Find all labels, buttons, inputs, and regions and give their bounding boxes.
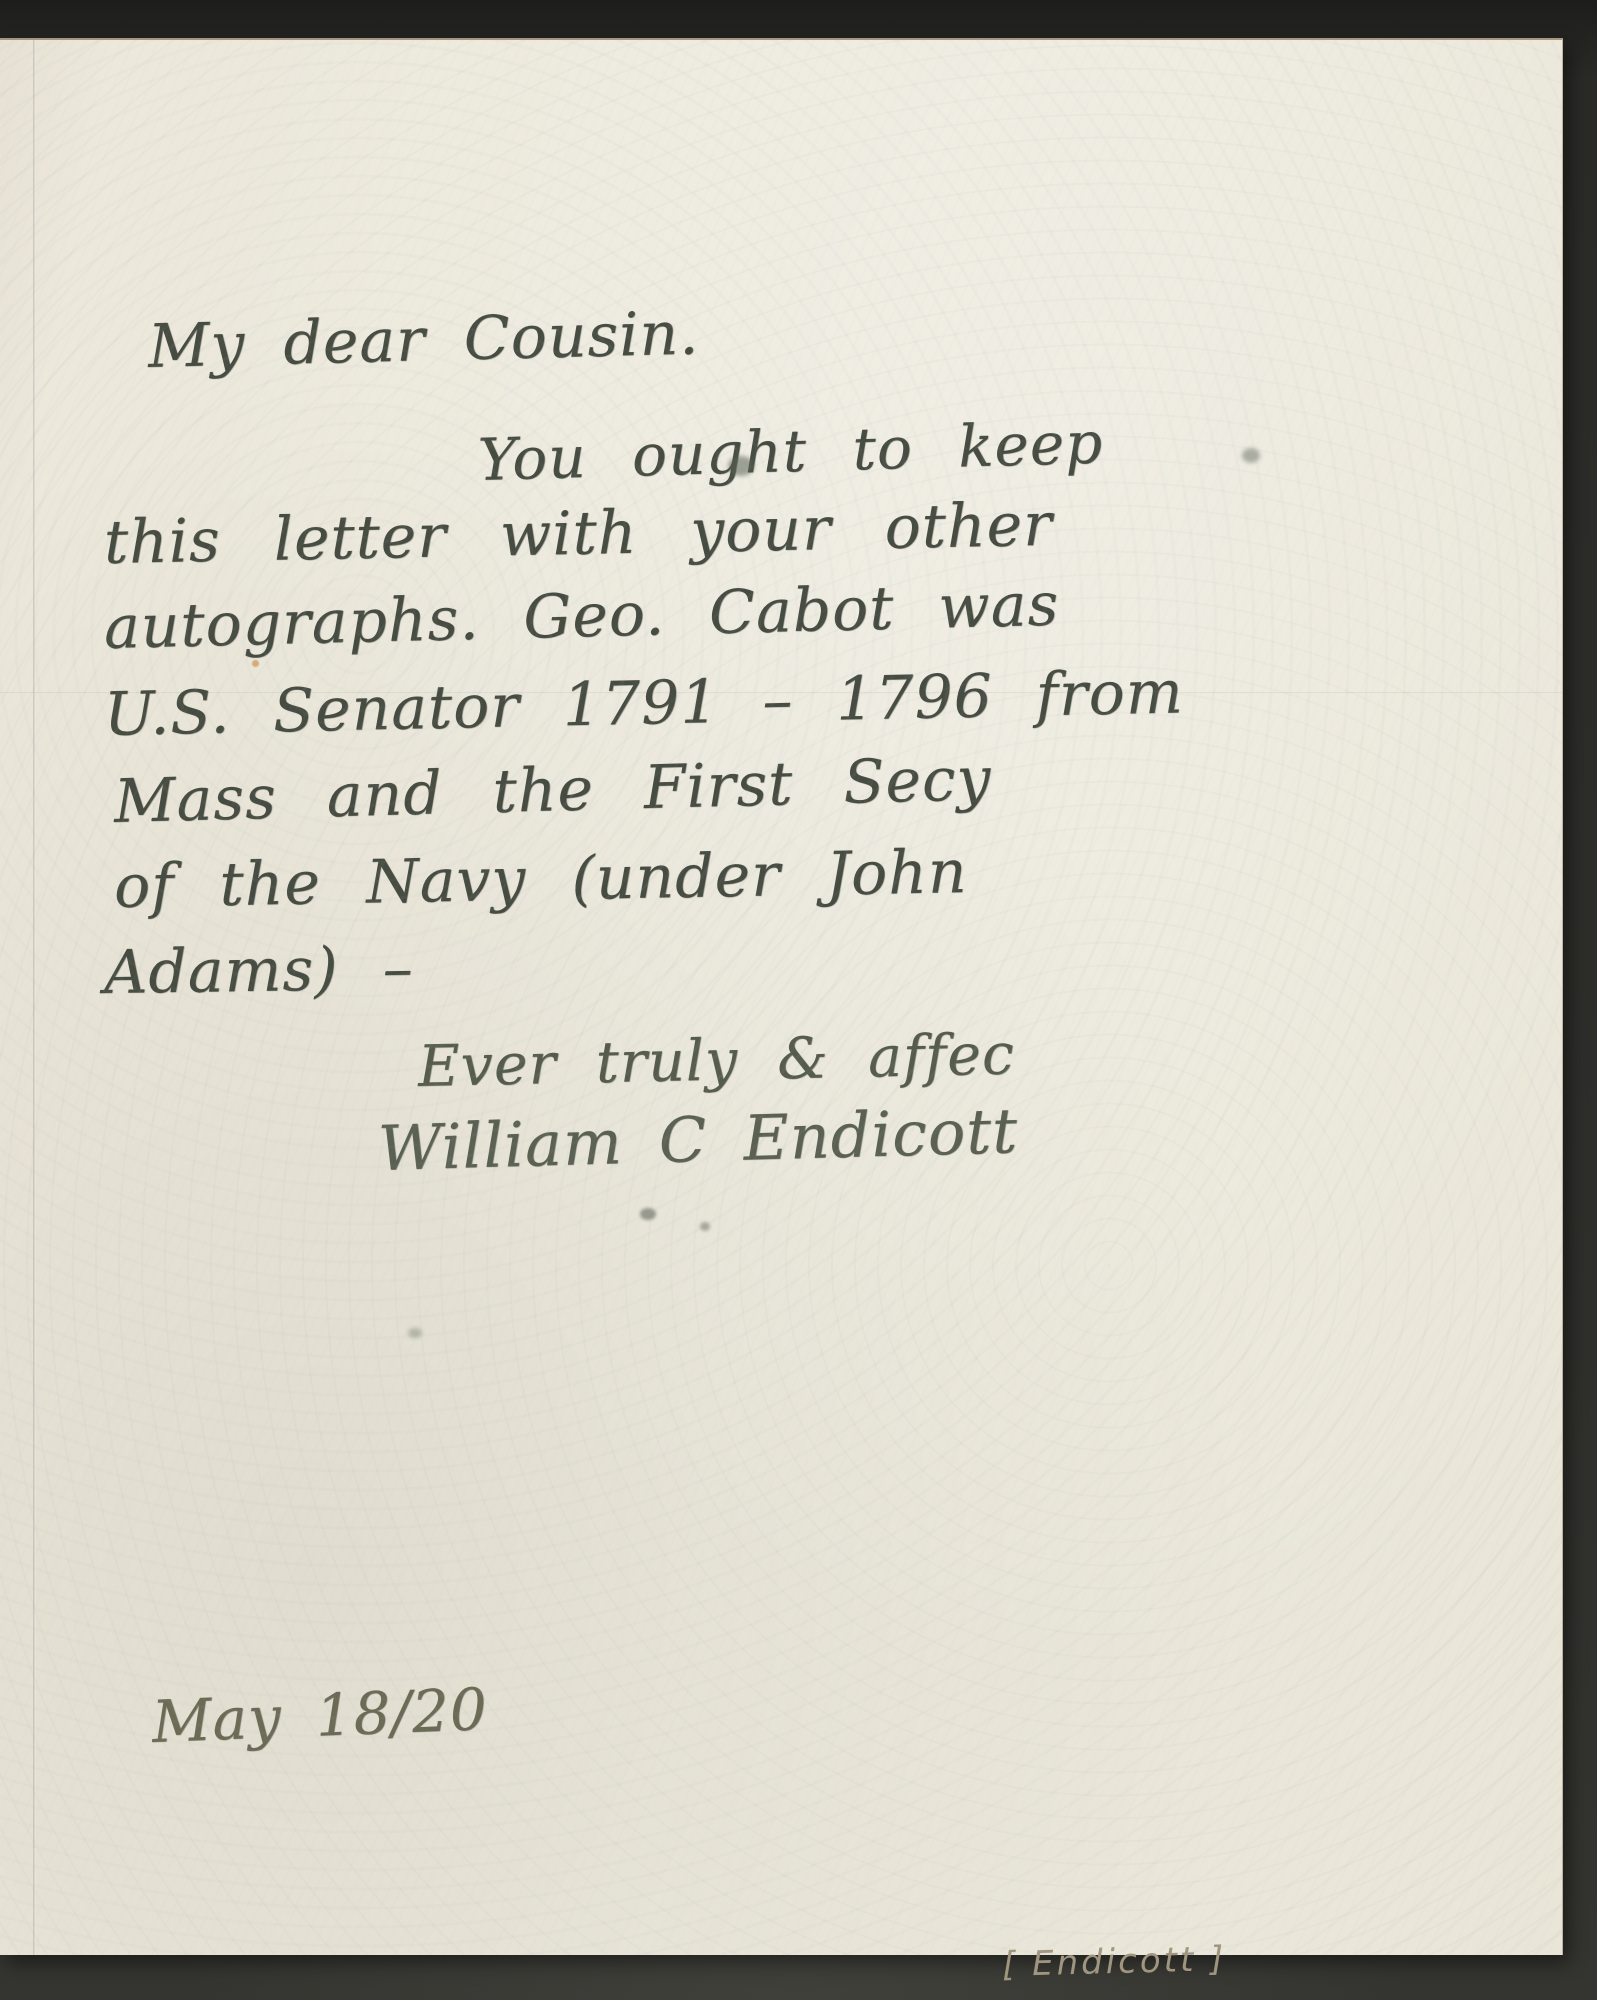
ink-smudge: [700, 1222, 710, 1231]
ink-smudge: [408, 1328, 422, 1338]
body-line: this letter with your other: [103, 490, 1053, 578]
pencil-annotation: [ Endicott ]: [1002, 1939, 1227, 1985]
signature-line: William C Endicott: [377, 1094, 1019, 1185]
date-line: May 18/20: [151, 1675, 489, 1756]
body-line: U.S. Senator 1791 – 1796 from: [103, 657, 1184, 750]
body-line: Mass and the First Secy: [113, 744, 992, 837]
body-line: You ought to keep: [477, 409, 1104, 494]
vertical-fold-crease: [33, 40, 36, 1955]
closing-line: Ever truly & affec: [417, 1022, 1015, 1100]
body-line: autographs. Geo. Cabot was: [103, 570, 1060, 663]
ink-smudge: [1242, 448, 1260, 463]
body-line: Adams) –: [104, 934, 415, 1008]
ink-smudge: [640, 1208, 656, 1220]
salutation-line: My dear Cousin.: [147, 299, 700, 382]
scan-background: My dear Cousin. You ought to keep this l…: [0, 0, 1597, 2000]
letter-paper: My dear Cousin. You ought to keep this l…: [0, 38, 1563, 1955]
body-line: of the Navy (under John: [113, 837, 968, 922]
paper-fleck: [252, 660, 259, 667]
